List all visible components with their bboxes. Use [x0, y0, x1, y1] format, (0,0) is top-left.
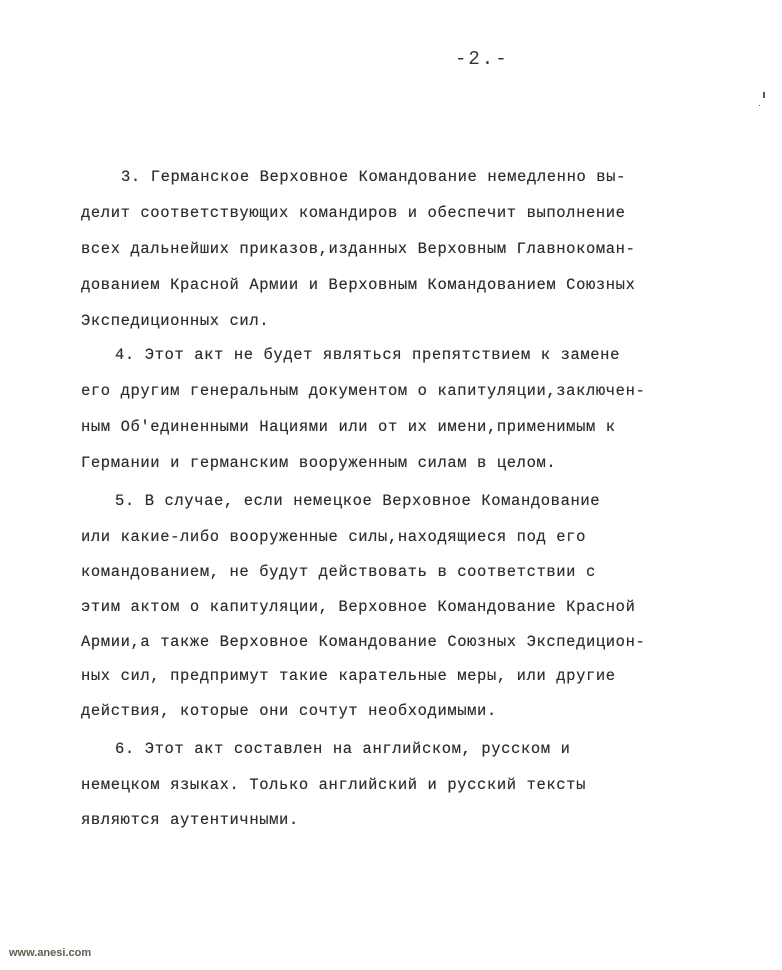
- paragraph-line: делит соответствующих командиров и обесп…: [81, 204, 626, 222]
- paragraph-line: или какие-либо вооруженные силы,находящи…: [81, 528, 586, 546]
- document-page: -2.- 3. Германское Верховное Командовани…: [0, 0, 782, 970]
- paragraph-line: действия, которые они сочтут необходимым…: [81, 702, 497, 720]
- paragraph-line: Германии и германским вооруженным силам …: [81, 454, 556, 472]
- paragraph-line: командованием, не будут действовать в со…: [81, 563, 596, 581]
- paragraph-line: 4. Этот акт не будет являться препятстви…: [115, 346, 620, 364]
- paragraph-line: всех дальнейших приказов,изданных Верхов…: [81, 240, 635, 258]
- paragraph-line: дованием Красной Армии и Верховным Коман…: [81, 276, 635, 294]
- scan-speck: [763, 92, 765, 98]
- paragraph-line: ных сил, предпримут такие карательные ме…: [81, 667, 616, 685]
- paragraph-line: ным Об'единенными Нациями или от их имен…: [81, 418, 616, 436]
- paragraph-line: 3. Германское Верховное Командование нем…: [121, 168, 626, 186]
- page-number: -2.-: [455, 48, 509, 70]
- paragraph-line: являются аутентичными.: [81, 811, 299, 829]
- paragraph-line: немецком языках. Только английский и рус…: [81, 776, 586, 794]
- paragraph-line: Экспедиционных сил.: [81, 312, 269, 330]
- paragraph-line: 6. Этот акт составлен на английском, рус…: [115, 740, 570, 758]
- paragraph-line: Армии,а также Верховное Командование Сою…: [81, 633, 645, 651]
- watermark: www.anesi.com: [9, 947, 91, 959]
- paragraph-line: этим актом о капитуляции, Верховное Кома…: [81, 598, 635, 616]
- paragraph-line: 5. В случае, если немецкое Верховное Ком…: [115, 492, 600, 510]
- paragraph-line: его другим генеральным документом о капи…: [81, 382, 645, 400]
- scan-speck: [759, 105, 760, 106]
